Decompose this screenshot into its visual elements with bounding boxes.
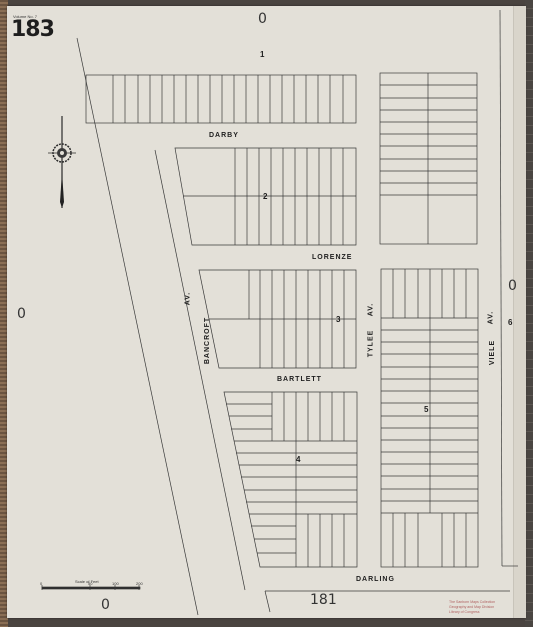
credit-stamp: The Sanborn Maps Collection Geography an…	[449, 600, 495, 615]
block-5	[381, 269, 478, 567]
diagonal-boundary-line	[77, 38, 198, 615]
block-number-3[interactable]: 3	[336, 315, 340, 324]
scale-tick-100: 100	[112, 581, 119, 586]
street-lorenze: LORENZE	[312, 254, 352, 261]
adjacent-sheet-bottom-center[interactable]: 181	[310, 592, 337, 608]
block-number-6[interactable]: 6	[508, 318, 512, 327]
adjacent-sheet-bottom-left[interactable]: 0	[101, 597, 110, 613]
street-darling: DARLING	[356, 576, 395, 583]
street-darby: DARBY	[209, 132, 239, 139]
block-3	[199, 270, 356, 368]
street-viele-suffix: AV.	[487, 311, 494, 325]
block-number-1[interactable]: 1	[260, 50, 264, 59]
street-tylee-suffix: AV.	[367, 303, 374, 317]
scale-label: Scale of Feet	[75, 579, 99, 584]
viele-line	[500, 10, 502, 566]
street-bartlett: BARTLETT	[277, 376, 322, 383]
scale-tick-50: 50	[88, 581, 92, 586]
scale-tick-0: 0	[40, 581, 42, 586]
adjacent-sheet-top[interactable]: 0	[258, 11, 267, 27]
adjacent-sheet-left[interactable]: 0	[17, 306, 26, 322]
block-1	[86, 75, 356, 123]
block-number-2[interactable]: 2	[263, 192, 267, 201]
map-linework	[0, 0, 533, 627]
compass-rose-icon	[44, 112, 80, 212]
bancroft-west-line	[155, 150, 245, 590]
street-viele: VIELE	[489, 340, 496, 365]
block-ne	[380, 73, 477, 244]
adjacent-sheet-right[interactable]: 0	[508, 278, 517, 294]
sheet-number: 183	[11, 17, 54, 42]
street-bancroft: BANCROFT	[204, 317, 211, 364]
block-number-5[interactable]: 5	[424, 405, 428, 414]
block-number-4[interactable]: 4	[296, 455, 300, 464]
credit-line-3: Library of Congress	[449, 610, 495, 615]
scale-tick-200: 200	[136, 581, 143, 586]
block-4	[224, 392, 357, 567]
street-tylee: TYLEE	[367, 330, 374, 358]
street-bancroft-suffix: AV.	[184, 292, 191, 306]
